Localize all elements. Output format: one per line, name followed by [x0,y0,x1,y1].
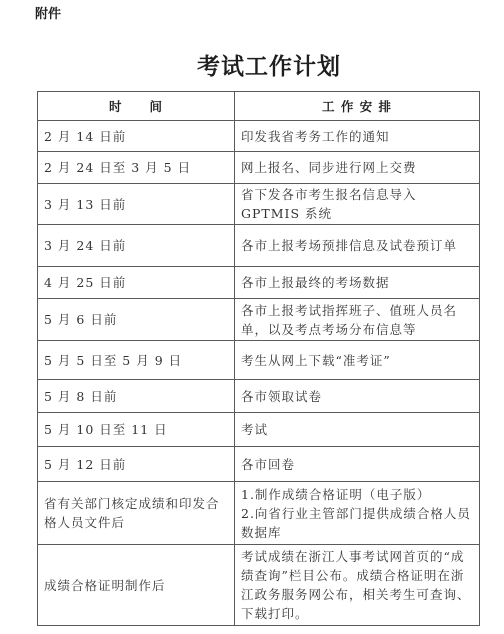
table-body: 2 月 14 日前印发我省考务工作的通知2 月 24 日至 3 月 5 日网上报… [38,121,480,626]
document-title: 考试工作计划 [0,48,504,81]
cell-time: 5 月 8 日前 [38,380,235,413]
cell-time: 2 月 24 日至 3 月 5 日 [38,152,235,184]
header-task: 工 作 安 排 [235,92,480,121]
table-row: 2 月 14 日前印发我省考务工作的通知 [38,121,480,152]
table-row: 5 月 8 日前各市领取试卷 [38,380,480,413]
header-time: 时 间 [38,92,235,121]
cell-time: 3 月 13 日前 [38,184,235,225]
attachment-label: 附件 [35,3,61,22]
cell-task: 网上报名、同步进行网上交费 [235,152,480,184]
cell-task: 考试 [235,413,480,447]
cell-task: 各市回卷 [235,447,480,482]
cell-task: 省下发各市考生报名信息导入 GPTMIS 系统 [235,184,480,225]
table-header-row: 时 间 工 作 安 排 [38,92,480,121]
cell-time: 省有关部门核定成绩和印发合格人员文件后 [38,482,235,545]
table-row: 5 月 5 日至 5 月 9 日考生从网上下载“准考证” [38,341,480,380]
cell-time: 4 月 25 日前 [38,267,235,299]
cell-task: 各市领取试卷 [235,380,480,413]
table-row: 3 月 24 日前各市上报考场预排信息及试卷预订单 [38,225,480,267]
cell-task: 印发我省考务工作的通知 [235,121,480,152]
exam-schedule-table: 时 间 工 作 安 排 2 月 14 日前印发我省考务工作的通知2 月 24 日… [37,91,480,626]
cell-time: 5 月 5 日至 5 月 9 日 [38,341,235,380]
cell-task: 各市上报考试指挥班子、值班人员名单，以及考点考场分布信息等 [235,299,480,341]
cell-time: 3 月 24 日前 [38,225,235,267]
cell-task: 1.制作成绩合格证明（电子版） 2.向省行业主管部门提供成绩合格人员数据库 [235,482,480,545]
table-row: 成绩合格证明制作后考试成绩在浙江人事考试网首页的“成绩查询”栏目公布。成绩合格证… [38,545,480,626]
table-row: 5 月 10 日至 11 日考试 [38,413,480,447]
table-row: 5 月 6 日前各市上报考试指挥班子、值班人员名单，以及考点考场分布信息等 [38,299,480,341]
cell-task: 考试成绩在浙江人事考试网首页的“成绩查询”栏目公布。成绩合格证明在浙江政务服务网… [235,545,480,626]
cell-time: 2 月 14 日前 [38,121,235,152]
cell-time: 5 月 10 日至 11 日 [38,413,235,447]
cell-task: 各市上报最终的考场数据 [235,267,480,299]
table-row: 省有关部门核定成绩和印发合格人员文件后1.制作成绩合格证明（电子版） 2.向省行… [38,482,480,545]
table-row: 3 月 13 日前省下发各市考生报名信息导入 GPTMIS 系统 [38,184,480,225]
cell-time: 成绩合格证明制作后 [38,545,235,626]
cell-time: 5 月 6 日前 [38,299,235,341]
table-row: 2 月 24 日至 3 月 5 日网上报名、同步进行网上交费 [38,152,480,184]
cell-task: 各市上报考场预排信息及试卷预订单 [235,225,480,267]
table-row: 5 月 12 日前各市回卷 [38,447,480,482]
cell-task: 考生从网上下载“准考证” [235,341,480,380]
table-row: 4 月 25 日前各市上报最终的考场数据 [38,267,480,299]
cell-time: 5 月 12 日前 [38,447,235,482]
